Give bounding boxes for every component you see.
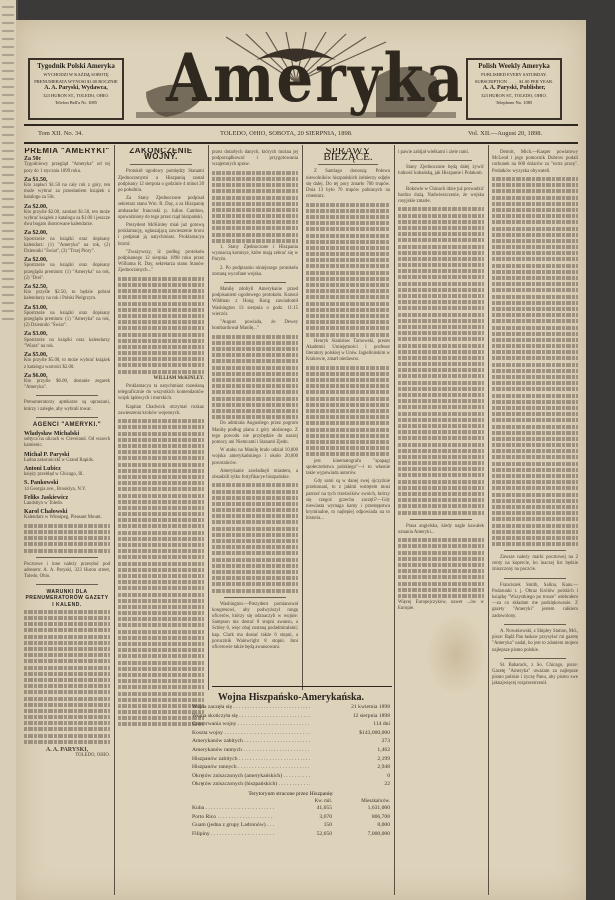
info-line: PUBLISHED EVERY SATURDAY. bbox=[468, 71, 560, 78]
article-paragraph: 2. Po podpisaniu niniejszego protokołu z… bbox=[212, 266, 298, 278]
article-paragraph: Prasa angielska, kiedy nagle kawałek uzn… bbox=[398, 524, 484, 536]
info-phone: Telefon Bell'a Nr. 1085 bbox=[30, 99, 122, 106]
article-paragraph: 1. Stany Zjednoczone i Hiszpania wyznacz… bbox=[212, 245, 298, 264]
table-row: Amerykanów zabitych273 bbox=[192, 737, 390, 746]
article-paragraph: Prezydent McKinley miał już gotową prokl… bbox=[118, 223, 204, 248]
table-row: Hiszpanów zabitych2,199 bbox=[192, 755, 390, 764]
agent-text: 14 Georgia ave., Brooklyn, N.Y. bbox=[24, 487, 110, 493]
agent-text: księży przebłąd w Chicago, Ill. bbox=[24, 472, 110, 478]
article-paragraph: Z Santiago donoszą: Połowa niewolników h… bbox=[306, 169, 390, 200]
column-divider bbox=[394, 145, 395, 895]
info-address: 323 HURON ST., TOLEDO, OHIO. bbox=[30, 92, 122, 99]
info-address: 323 HURON ST., TOLEDO, OHIO. bbox=[468, 92, 560, 99]
table-row: Czas trwania wojny114 dni bbox=[192, 720, 390, 729]
info-publisher: A. A. Paryski, Wydawca, bbox=[30, 85, 122, 92]
agent-text: Landsbyn w Toledo. bbox=[24, 501, 110, 507]
article-paragraph: Manilę zdobyli Amerykanie przed podpisan… bbox=[212, 287, 298, 318]
list-heading: WARUNKI DLA PRENUMERATORÓW GAZETY I KALE… bbox=[24, 589, 110, 608]
newspaper-page: Tygodnik Polski Ameryka WYCHODZI W KAŻDĄ… bbox=[16, 20, 586, 900]
article-paragraph: Zawsze należy marki pocztowej na 2 centy… bbox=[492, 555, 578, 574]
offer-text: Kto przyśle $6.00, dostanie zegarek "Ame… bbox=[24, 379, 110, 391]
table-row: Okrętów zniszczonych (hiszpańskich)22 bbox=[192, 780, 390, 789]
column-divider bbox=[208, 145, 209, 690]
war-statistics-table: Wojna Hiszpańsko-Amerykańska. Wojna zacz… bbox=[192, 690, 390, 895]
article-paragraph: St. Baharack, z So. Chicago, pisze: Gaze… bbox=[492, 663, 578, 688]
info-line: WYCHODZI W KAŻDĄ SOBOTĘ bbox=[30, 71, 122, 78]
info-line: PRENUMERATA WYNOSI $1.00 ROCZNIE bbox=[30, 78, 122, 85]
footer-note: Pocztowe i inne należy przesyłać pod adr… bbox=[24, 562, 110, 581]
article-paragraph: Protokół ugodowy pomiędzy Stanami Zjedno… bbox=[118, 169, 204, 194]
column-divider bbox=[114, 145, 115, 895]
territory-heading: Terytoryum stracone przez Hiszpanię: bbox=[192, 791, 390, 797]
table-row: Wojna skończyła się12 sierpnia 1898 bbox=[192, 712, 390, 721]
polish-info-box: Tygodnik Polski Ameryka WYCHODZI W KAŻDĄ… bbox=[28, 58, 124, 120]
offer-text: Kto przyśle $2.00, zamiast $1.50, ten mo… bbox=[24, 210, 110, 229]
divider bbox=[24, 124, 578, 126]
column-divider bbox=[302, 145, 303, 690]
article-paragraph: Washington.—Prezydent pomianował kongres… bbox=[212, 602, 298, 652]
masthead: Tygodnik Polski Ameryka WYCHODZI W KAŻDĄ… bbox=[16, 20, 586, 120]
article-paragraph: Proklamacya ta natychmiast rozesłaną tel… bbox=[118, 384, 204, 403]
divider bbox=[212, 686, 392, 687]
article-paragraph: Amerykanie zawładnęli miastem, a obsadzi… bbox=[212, 469, 298, 481]
signature-city: TOLEDO, OHIO. bbox=[24, 753, 110, 759]
divider bbox=[24, 142, 578, 144]
offer-text: Spostrzeże na książki oraz dopisany prze… bbox=[24, 311, 110, 330]
agent-text: Ładna zakonniczki w Grand Rapids. bbox=[24, 458, 110, 464]
notice-text: Prenumeratorzy aptekarze są upraszani, k… bbox=[24, 400, 110, 412]
offer-text: Kto zapłaci $1.50 na cały rok z góry, te… bbox=[24, 183, 110, 202]
article-paragraph: Do admirała Augustiego przez pogrom Mani… bbox=[212, 421, 298, 446]
article-paragraph: i pawie zabijał wielkami i ziele rami. bbox=[398, 150, 484, 156]
info-title: Polish Weekly Ameryka bbox=[468, 62, 560, 71]
table-row: Hiszpanów rannych2,948 bbox=[192, 763, 390, 772]
article-paragraph: jest kinematografu "spapagi społeczeństw… bbox=[306, 459, 390, 478]
column-current-affairs: SPRAWY BIEŻĄCE. Z Santiago donoszą: Poło… bbox=[306, 148, 390, 693]
article-paragraph: przez dotarłych danych, których można je… bbox=[212, 150, 298, 169]
territory-row: Filipiny52,6507,000,000 bbox=[192, 830, 390, 839]
column-letters: Detroit, Mich.—Kasper powiatowy McLeod i… bbox=[492, 148, 578, 896]
article-paragraph: Gdy sami są w danej swej ojczyźnie przek… bbox=[306, 479, 390, 522]
signature: WILLIAM McKINLEY. bbox=[118, 376, 204, 382]
info-title: Tygodnik Polski Ameryka bbox=[30, 62, 122, 71]
article-paragraph: A. Nowakowski, z Shipley Station, Md., p… bbox=[492, 629, 578, 654]
masthead-logo: Ameryka bbox=[136, 32, 456, 122]
article-paragraph: Franciszek Smith, Salina, Kans.—Podarunk… bbox=[492, 583, 578, 620]
volume-date-english: Vol. XII.—August 20, 1898. bbox=[468, 130, 542, 137]
table-row: Wojna zaczęła się21 kwietnia 1898 bbox=[192, 703, 390, 712]
article-paragraph: Stany Zjednoczone będą dalej żywić ludno… bbox=[398, 165, 484, 177]
article-paragraph: Henryk Stanisław Tarnowski, prezes Akade… bbox=[306, 339, 390, 364]
territory-row: Guam (jedna z grupy Ladronów)1508,000 bbox=[192, 821, 390, 830]
column-news: i pawie zabijał wielkami i ziele rami. S… bbox=[398, 148, 484, 896]
section-heading: ZAKOŃCZENIE WOJNY. bbox=[118, 148, 204, 160]
table-row: Amerykanów rannych1,462 bbox=[192, 746, 390, 755]
agents-heading: AGENCI "AMERYKI." bbox=[24, 422, 110, 428]
section-heading: SPRAWY BIEŻĄCE. bbox=[306, 148, 390, 160]
offer-text: Tygodniowy przegląd "Ameryka" od tej por… bbox=[24, 162, 110, 174]
info-line: SUBSCRIPTION . . . . . $1.00 PER YEAR. bbox=[468, 78, 560, 85]
paper-stain bbox=[426, 615, 486, 695]
offer-text: Spostrzeże na książki oraz dopisany prze… bbox=[24, 263, 110, 282]
table-title: Wojna Hiszpańsko-Amerykańska. bbox=[192, 692, 390, 703]
article-paragraph: Za Stany Zjednoczone podpisał sekretarz … bbox=[118, 196, 204, 221]
offer-text: Kto przyśle $5.00, to może wybrać książe… bbox=[24, 358, 110, 370]
newspaper-title: Ameryka bbox=[166, 39, 465, 117]
article-paragraph: W ataku na Manilę brało udział 10,000 wo… bbox=[212, 448, 298, 467]
column-premia: PREMIA "AMERYKI" Za 50c Tygodniowy przeg… bbox=[24, 148, 110, 896]
offer-text: Kto przyśle $2.50, to będzie pobrał kale… bbox=[24, 290, 110, 302]
article-paragraph: Więcej Europejczyków, nawet ...ów w Euro… bbox=[398, 600, 484, 612]
volume-number: Tom XII. No. 34. bbox=[38, 130, 83, 137]
info-publisher: A. A. Paryski, Publisher, bbox=[468, 85, 560, 92]
dateline: Tom XII. No. 34. TOLEDO, OHIO, SOBOTA, 2… bbox=[24, 128, 578, 142]
column-divider bbox=[488, 145, 489, 895]
agent-text: sołtyca na ulicach w Cleveland. Od wszec… bbox=[24, 437, 110, 449]
table-row: Koszta wojny$143,000,000 bbox=[192, 729, 390, 738]
offer-text: Spostrzeże na książki oraz dopisany kale… bbox=[24, 237, 110, 256]
offer-text: Spostrzeże na książki oraz kalendarzy "W… bbox=[24, 338, 110, 350]
section-heading: PREMIA "AMERYKI" bbox=[24, 148, 110, 154]
article-paragraph: Rokowie w Chinach idzie już prowadzić ba… bbox=[398, 187, 484, 206]
territory-row: Kuba41,6551,631,000 bbox=[192, 804, 390, 813]
table-row: Okrętów zniszczonych (amerykańskich)0 bbox=[192, 772, 390, 781]
issue-date: TOLEDO, OHIO, SOBOTA, 20 SIERPNIA, 1898. bbox=[220, 130, 353, 137]
english-info-box: Polish Weekly Ameryka PUBLISHED EVERY SA… bbox=[466, 58, 562, 120]
article-paragraph: Detroit, Mich.—Kasper powiatowy McLeod i… bbox=[492, 150, 578, 175]
article-paragraph: "August powiada, że Dewey bombardował Ma… bbox=[212, 320, 298, 332]
column-manila: przez dotarłych danych, których można je… bbox=[212, 148, 298, 693]
article-paragraph: Kapitan Chadwick otrzymał rozkaz zawiesz… bbox=[118, 405, 204, 417]
agent-text: Kalendarz w Winnipeg, Pleasant Mount. bbox=[24, 515, 110, 521]
info-phone: Telephone No. 1085 bbox=[468, 99, 560, 106]
article-paragraph: "Zważywszy, iż podług protokołu podpisan… bbox=[118, 250, 204, 275]
territory-row: Porto Rico3,670806,708 bbox=[192, 813, 390, 822]
